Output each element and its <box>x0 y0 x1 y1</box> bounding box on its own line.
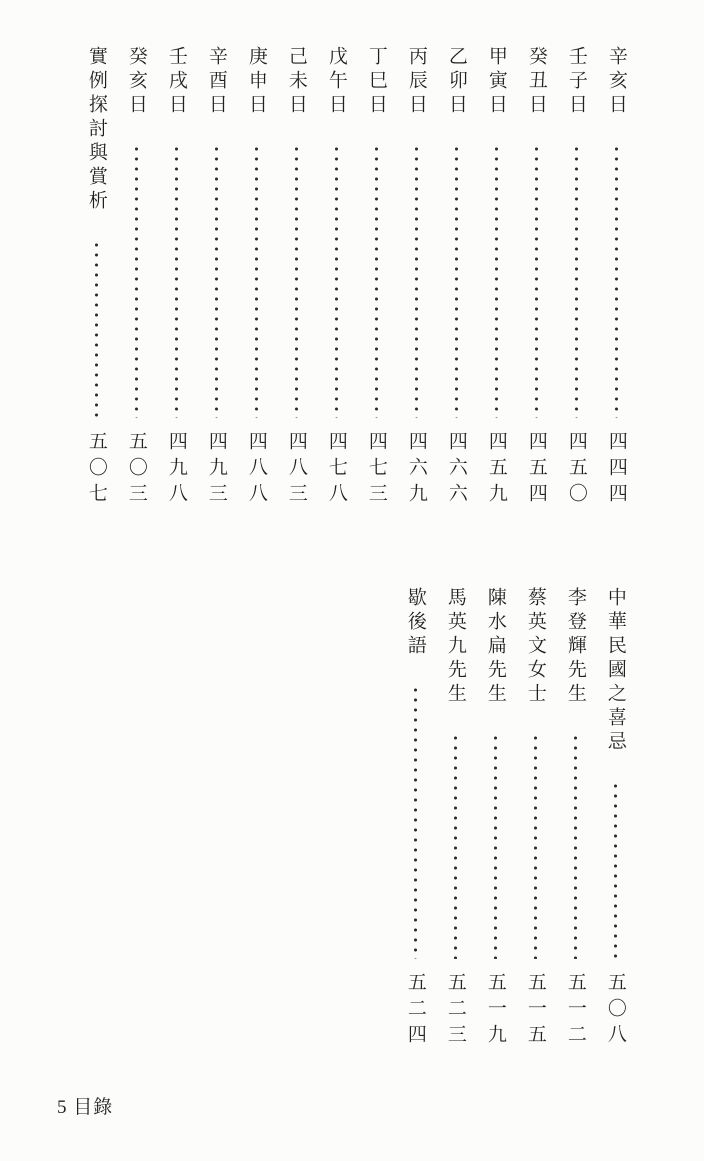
entry-page-number: 四五四 <box>525 431 547 509</box>
entry-title: 李登輝先生 <box>564 587 586 707</box>
dotted-leader <box>374 144 379 418</box>
toc-section-day-stems: 辛亥日四四四壬子日四五〇癸丑日四五四甲寅日四五九乙卯日四六六丙辰日四六九丁巳日四… <box>76 46 636 502</box>
entry-title: 丁巳日 <box>365 46 387 118</box>
dotted-leader <box>533 733 538 959</box>
dotted-leader <box>134 144 139 418</box>
toc-entry: 李登輝先生五一二 <box>555 587 595 1043</box>
toc-entry: 馬英九先生五二三 <box>435 587 475 1043</box>
entry-page-number: 四九三 <box>205 431 227 509</box>
entry-title: 蔡英文女士 <box>524 587 546 707</box>
entry-title: 甲寅日 <box>485 46 507 118</box>
dotted-leader <box>494 144 499 418</box>
dotted-leader <box>254 144 259 418</box>
toc-entry: 辛酉日四九三 <box>196 46 236 502</box>
entry-page-number: 四四四 <box>605 431 627 509</box>
dotted-leader <box>414 144 419 418</box>
entry-title: 壬戌日 <box>165 46 187 118</box>
toc-section-roc-figures: 中華民國之喜忌五〇八李登輝先生五一二蔡英文女士五一五陳水扁先生五一九馬英九先生五… <box>395 587 635 1043</box>
dotted-leader <box>453 733 458 959</box>
entry-title: 實例探討與賞析 <box>85 46 107 214</box>
toc-entry: 己未日四八三 <box>276 46 316 502</box>
entry-page-number: 四六六 <box>445 431 467 509</box>
page-footer-label: 5 目錄 <box>57 1092 113 1119</box>
entry-page-number: 四七八 <box>325 431 347 509</box>
dotted-leader <box>534 144 539 418</box>
toc-entry: 壬子日四五〇 <box>556 46 596 502</box>
entry-title: 癸亥日 <box>125 46 147 118</box>
entry-title: 己未日 <box>285 46 307 118</box>
dotted-leader <box>294 144 299 418</box>
toc-entry: 甲寅日四五九 <box>476 46 516 502</box>
toc-entry: 丙辰日四六九 <box>396 46 436 502</box>
entry-title: 庚申日 <box>245 46 267 118</box>
toc-entry: 蔡英文女士五一五 <box>515 587 555 1043</box>
entry-page-number: 五〇八 <box>604 972 626 1050</box>
toc-entry: 歇後語五二四 <box>395 587 435 1043</box>
entry-page-number: 五〇三 <box>125 431 147 509</box>
entry-page-number: 五一二 <box>564 972 586 1050</box>
entry-page-number: 四五九 <box>485 431 507 509</box>
toc-entry: 乙卯日四六六 <box>436 46 476 502</box>
entry-page-number: 五二四 <box>404 972 426 1050</box>
entry-page-number: 四六九 <box>405 431 427 509</box>
entry-page-number: 四五〇 <box>565 431 587 509</box>
dotted-leader <box>573 733 578 959</box>
toc-entry: 癸丑日四五四 <box>516 46 556 502</box>
toc-entry: 辛亥日四四四 <box>596 46 636 502</box>
toc-entry: 戊午日四七八 <box>316 46 356 502</box>
toc-entry: 實例探討與賞析五〇七 <box>76 46 116 502</box>
entry-title: 丙辰日 <box>405 46 427 118</box>
entry-page-number: 五一五 <box>524 972 546 1050</box>
toc-entry: 癸亥日五〇三 <box>116 46 156 502</box>
dotted-leader <box>214 144 219 418</box>
toc-entry: 丁巳日四七三 <box>356 46 396 502</box>
dotted-leader <box>454 144 459 418</box>
dotted-leader <box>574 144 579 418</box>
dotted-leader <box>613 781 618 959</box>
toc-entry: 中華民國之喜忌五〇八 <box>595 587 635 1043</box>
entry-title: 乙卯日 <box>445 46 467 118</box>
entry-title: 癸丑日 <box>525 46 547 118</box>
entry-page-number: 五〇七 <box>85 431 107 509</box>
entry-title: 中華民國之喜忌 <box>604 587 626 755</box>
entry-page-number: 四七三 <box>365 431 387 509</box>
entry-title: 陳水扁先生 <box>484 587 506 707</box>
toc-entry: 庚申日四八八 <box>236 46 276 502</box>
entry-title: 辛酉日 <box>205 46 227 118</box>
entry-page-number: 五一九 <box>484 972 506 1050</box>
dotted-leader <box>614 144 619 418</box>
dotted-leader <box>174 144 179 418</box>
entry-page-number: 四九八 <box>165 431 187 509</box>
entry-title: 戊午日 <box>325 46 347 118</box>
entry-title: 壬子日 <box>565 46 587 118</box>
entry-page-number: 四八八 <box>245 431 267 509</box>
entry-title: 馬英九先生 <box>444 587 466 707</box>
entry-page-number: 五二三 <box>444 972 466 1050</box>
dotted-leader <box>334 144 339 418</box>
toc-entry: 壬戌日四九八 <box>156 46 196 502</box>
dotted-leader <box>413 685 418 959</box>
dotted-leader <box>94 240 99 418</box>
entry-page-number: 四八三 <box>285 431 307 509</box>
entry-title: 歇後語 <box>404 587 426 659</box>
dotted-leader <box>493 733 498 959</box>
entry-title: 辛亥日 <box>605 46 627 118</box>
toc-entry: 陳水扁先生五一九 <box>475 587 515 1043</box>
